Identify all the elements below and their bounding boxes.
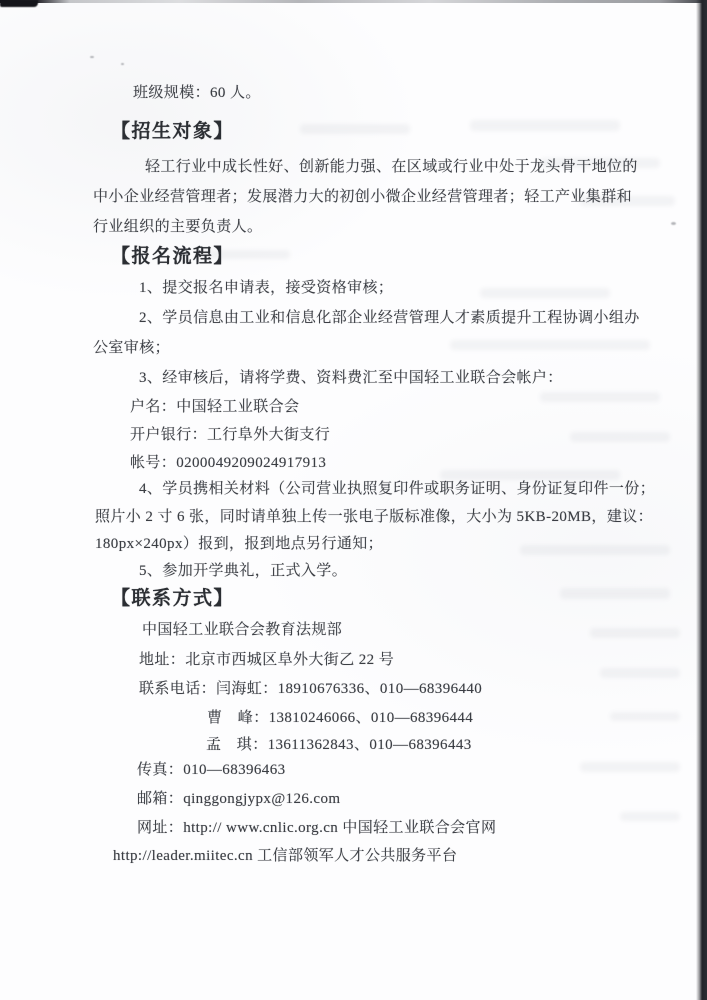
scan-speck [121,63,124,65]
contact-address: 地址：北京市西城区阜外大街乙 22 号 [139,648,394,669]
contact-phone-3: 孟 琪：13611362843、010—68396443 [206,733,472,754]
scanned-document-page: 班级规模：60 人。 【招生对象】 轻工行业中成长性好、创新能力强、在区域或行业… [0,0,707,1000]
scan-corner-smudge [0,0,38,7]
bank-account-name: 户名：中国轻工业联合会 [130,395,299,416]
bleedthrough-artifact [300,124,410,134]
bleedthrough-artifact [540,392,660,402]
admission-paragraph-line-1: 轻工行业中成长性好、创新能力强、在区域或行业中处于龙头骨干地位的 [145,155,638,176]
scan-speck [671,222,676,225]
bleedthrough-artifact [480,288,610,298]
admission-paragraph-line-3: 行业组织的主要负责人。 [93,215,262,236]
heading-contact-info: 【联系方式】 [111,583,234,610]
contact-fax: 传真：010—68396463 [137,758,286,779]
bleedthrough-artifact [570,432,670,442]
bleedthrough-artifact [470,120,620,131]
registration-step-4-line-3: 180px×240px）报到，报到地点另行通知； [95,532,383,553]
bleedthrough-artifact [610,712,680,721]
contact-website-cnlic: 网址：http:// www.cnlic.org.cn 中国轻工业联合会官网 [137,816,496,837]
bleedthrough-artifact [620,812,680,821]
bleedthrough-artifact [600,668,680,678]
contact-phone-1: 联系电话：闫海虹：18910676336、010—68396440 [139,677,482,698]
scan-right-edge-shadow [696,0,707,1000]
heading-admission-targets: 【招生对象】 [111,116,234,143]
scan-speck [90,56,94,58]
contact-email: 邮箱：qinggongjypx@126.com [137,787,340,808]
bank-account-number: 帐号：0200049209024917913 [130,451,326,472]
registration-step-2-line-2: 公室审核； [93,336,170,357]
contact-phone-2: 曹 峰：13810246066、010—68396444 [207,706,473,727]
admission-paragraph-line-2: 中小企业经营管理者；发展潜力大的初创小微企业经营管理者；轻工产业集群和 [93,185,632,206]
heading-registration-process: 【报名流程】 [111,241,234,268]
contact-website-miitec: http://leader.miitec.cn 工信部领军人才公共服务平台 [113,844,457,865]
registration-step-4-line-2: 照片小 2 寸 6 张，同时请单独上传一张电子版标准像，大小为 5KB-20MB… [95,505,653,526]
registration-step-4-line-1: 4、学员携相关材料（公司营业执照复印件或职务证明、身份证复印件一份； [139,477,655,498]
registration-step-3: 3、经审核后，请将学费、资料费汇至中国轻工业联合会帐户： [139,366,563,387]
registration-step-2-line-1: 2、学员信息由工业和信息化部企业经营管理人才素质提升工程协调小组办 [139,306,640,327]
registration-step-1: 1、提交报名申请表，接受资格审核； [139,276,393,297]
bank-branch: 开户银行：工行阜外大街支行 [130,423,330,444]
scan-top-edge-artifact [0,0,707,3]
contact-department: 中国轻工业联合会教育法规部 [142,618,342,639]
bleedthrough-artifact [580,762,680,772]
bleedthrough-artifact [560,588,670,599]
bleedthrough-artifact [450,340,650,350]
bleedthrough-artifact [520,545,670,555]
registration-step-5: 5、参加开学典礼，正式入学。 [139,559,347,580]
bleedthrough-artifact [590,628,680,638]
class-size-line: 班级规模：60 人。 [133,81,261,102]
